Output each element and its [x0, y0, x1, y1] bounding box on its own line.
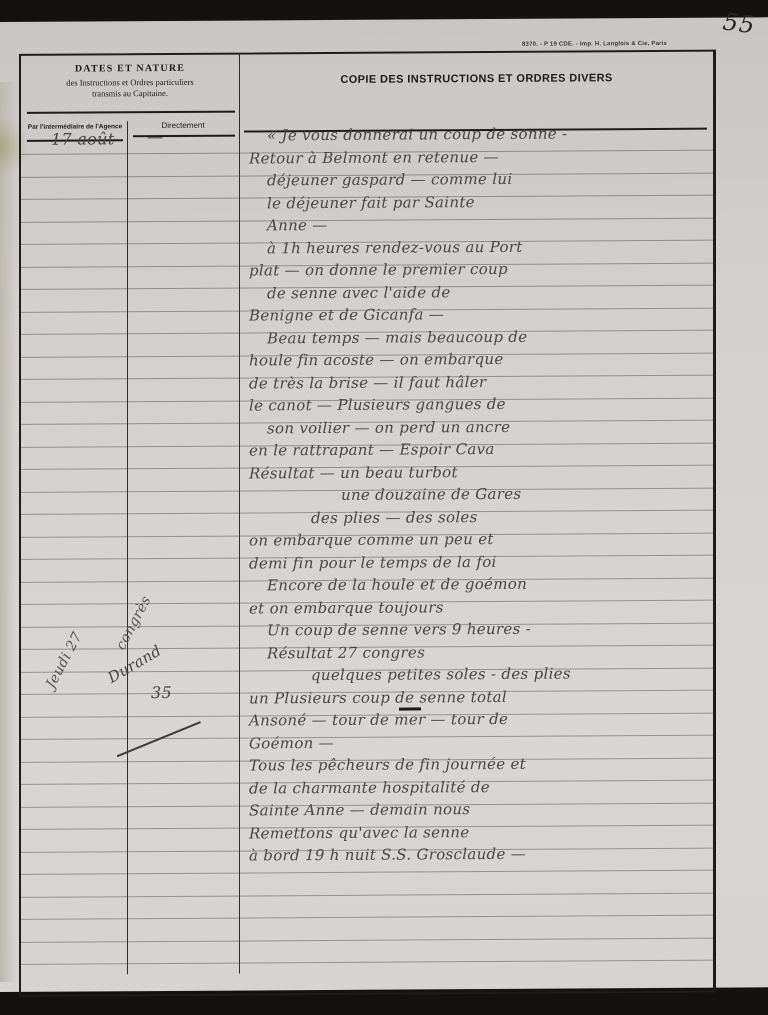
entry-line: Résultat 27 congres [249, 639, 719, 664]
header-right-title: COPIE DES INSTRUCTIONS ET ORDRES DIVERS [240, 72, 713, 87]
entry-line: « Je vous donnerai un coup de sonne - [249, 122, 719, 147]
header-left-title: DATES ET NATURE [21, 63, 239, 75]
entry-line: à 1h heures rendez-vous au Port [249, 234, 719, 259]
margin-direct-dash: — [147, 127, 163, 146]
entry-line: Ansoné — tour de mer — tour de [249, 707, 719, 732]
entry-line: on embarque comme un peu et [249, 527, 719, 552]
margin-date: 17 août [51, 129, 114, 148]
ruled-line [21, 960, 713, 965]
entry-line: en le rattrapant — Espoir Cava [249, 437, 719, 462]
entry-line: son voilier — on perd un ancre [249, 414, 719, 439]
margin-number: 35 [151, 683, 172, 702]
entry-line: Sainte Anne — demain nous [249, 797, 719, 822]
page-number: 55 [722, 7, 758, 39]
entry-line: à bord 19 h nuit S.S. Grosclaude — [249, 842, 719, 867]
entry-line: le déjeuner fait par Sainte [249, 189, 719, 214]
entry-line: Résultat — un beau turbot [249, 459, 719, 484]
entry-line: le canot — Plusieurs gangues de [249, 392, 719, 417]
entry-line: et on embarque toujours [249, 594, 719, 619]
entry-line: plat — on donne le premier coup [249, 257, 719, 282]
entry-line: Benigne et de Gicanfa — [249, 302, 719, 327]
ruled-line [21, 870, 713, 875]
entry-line: Goémon — [249, 729, 719, 754]
ruled-line [21, 915, 713, 920]
entry-line: Encore de la houle et de goémon [249, 572, 719, 597]
header-left-subtitle-line2: transmis au Capitaine. [21, 88, 239, 100]
entry-line: houle fin acoste — on embarque [249, 347, 719, 372]
entry-line: un Plusieurs coup de senne total [249, 684, 719, 709]
entry-line: Remettons qu'avec la senne [249, 819, 719, 844]
header-divider [27, 111, 235, 114]
entry-line: quelques petites soles - des plies [249, 662, 719, 687]
entry-line: Un coup de senne vers 9 heures - [249, 617, 719, 642]
register-page: 55 8370. - P 19 CDE. - Imp. H. Langlois … [0, 17, 768, 992]
header-copie: COPIE DES INSTRUCTIONS ET ORDRES DIVERS [240, 52, 713, 131]
entry-line: Anne — [249, 212, 719, 237]
ruled-line [21, 892, 713, 897]
entry-line: Retour à Belmont en retenue — [249, 144, 719, 169]
entry-text: « Je vous donnerai un coup de sonne -Ret… [249, 122, 719, 867]
entry-line: de très la brise — il faut hâler [249, 369, 719, 394]
entry-line: de senne avec l'aide de [249, 279, 719, 304]
entry-line: déjeuner gaspard — comme lui [249, 167, 719, 192]
entry-line: de la charmante hospitalité de [249, 774, 719, 799]
column-header-direct: Directement [129, 121, 237, 131]
header-left-subtitle: des Instructions et Ordres particuliers … [21, 77, 239, 100]
underline-mark [399, 707, 421, 710]
ledger-frame: DATES ET NATURE des Instructions et Ordr… [19, 50, 716, 997]
entry-line: une douzaine de Gares [249, 482, 719, 507]
entry-line: des plies — des soles [249, 504, 719, 529]
printer-imprint: 8370. - P 19 CDE. - Imp. H. Langlois & C… [522, 41, 667, 48]
entry-line: demi fin pour le temps de la foi [249, 549, 719, 574]
ruled-line [21, 937, 713, 942]
entry-line: Tous les pêcheurs de fin journée et [249, 752, 719, 777]
entry-line: Beau temps — mais beaucoup de [249, 324, 719, 349]
